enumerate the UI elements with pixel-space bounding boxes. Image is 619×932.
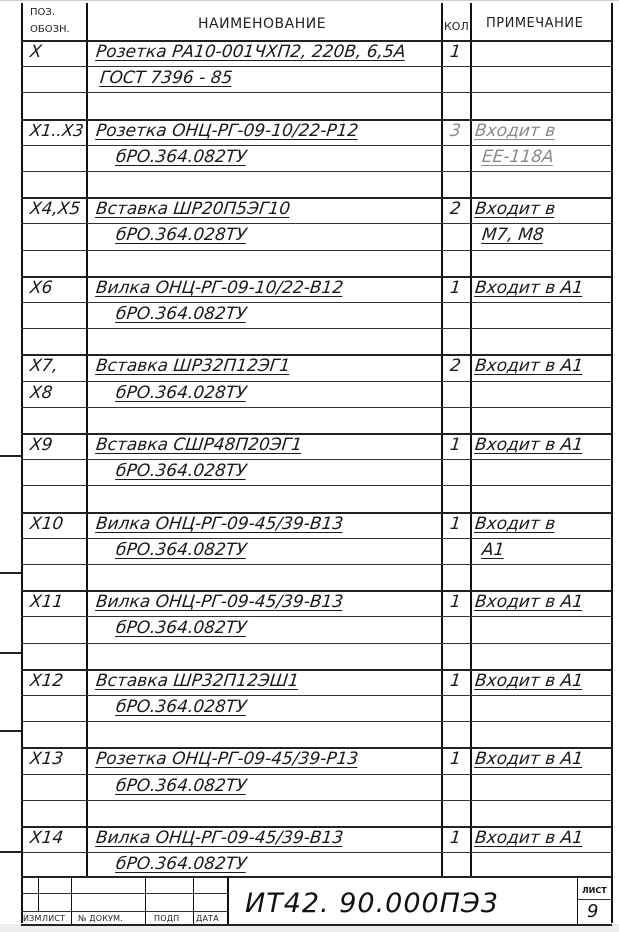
row-rule: [21, 564, 612, 565]
item-spec: ГОСТ 7396 - 85: [99, 68, 233, 88]
position-designator: X6: [29, 278, 54, 298]
title-label-date: ДАТА: [196, 914, 219, 923]
item-spec: бРО.364.028ТУ: [115, 697, 248, 717]
row-rule: [21, 852, 612, 853]
item-name: Вставка ШР32П12ЭШ1: [95, 671, 300, 691]
title-block-divider: [227, 876, 229, 924]
item-spec: бРО.364.028ТУ: [115, 383, 248, 403]
title-block-divider: [145, 876, 146, 924]
column-divider-pos: [86, 3, 88, 877]
margin-mark: [0, 455, 22, 457]
column-divider-name: [441, 3, 443, 877]
item-quantity: 1: [449, 435, 462, 455]
item-quantity: 1: [449, 749, 462, 769]
margin-mark: [0, 851, 22, 853]
item-note-line2: ЕЕ-118А: [481, 147, 555, 167]
row-rule: [21, 800, 612, 801]
item-note: Входит в: [474, 121, 556, 141]
item-note-line2: М7, М8: [481, 225, 545, 245]
title-label-sheet: ЛИСТ: [42, 914, 65, 923]
margin-mark: [0, 652, 22, 654]
item-name: Вилка ОНЦ-РГ-09-10/22-В12: [95, 278, 344, 298]
row-rule: [21, 66, 612, 67]
row-rule: [21, 459, 612, 460]
header-pos-line1: ПОЗ.: [30, 6, 70, 19]
title-label-signature: ПОДП: [154, 914, 179, 923]
row-rule: [21, 250, 612, 251]
item-spec: бРО.364.082ТУ: [115, 776, 248, 796]
item-name: Вилка ОНЦ-РГ-09-45/39-В13: [95, 592, 344, 612]
title-label-change: ИЗМ: [23, 914, 42, 923]
item-note: Входит в А1: [474, 356, 584, 376]
item-note: Входит в: [474, 514, 556, 534]
title-block-divider: [193, 876, 194, 924]
row-rule: [21, 381, 612, 382]
parts-list-sheet: ПОЗ. ОБОЗН. НАИМЕНОВАНИЕ КОЛ ПРИМЕЧАНИЕ …: [0, 0, 619, 932]
item-quantity: 1: [449, 42, 462, 62]
item-note: Входит в А1: [474, 671, 584, 691]
item-spec: бРО.364.028ТУ: [115, 461, 248, 481]
document-code: ИТ42. 90.000ПЭ3: [245, 888, 499, 919]
item-name: Розетка ОНЦ-РГ-09-45/39-Р13: [95, 749, 359, 769]
item-quantity: 1: [449, 671, 462, 691]
header-qty-label: КОЛ: [444, 20, 469, 33]
title-block-rule: [21, 893, 227, 894]
position-designator: X7,: [29, 356, 59, 376]
position-designator: X: [29, 42, 43, 62]
margin-mark: [0, 572, 22, 574]
item-name: Вилка ОНЦ-РГ-09-45/39-В13: [95, 514, 344, 534]
position-designator: X1..X3: [29, 121, 85, 140]
title-block-bottom-rule: [21, 924, 612, 926]
row-rule: [21, 485, 612, 486]
column-divider-qty: [470, 3, 472, 877]
row-rule: [21, 223, 612, 224]
item-quantity: 1: [449, 278, 462, 298]
margin-mark: [0, 730, 22, 732]
row-rule: [21, 407, 612, 408]
column-border-right: [611, 3, 613, 923]
position-designator: X10: [29, 514, 64, 534]
title-label-doc-no: № ДОКУМ.: [78, 914, 123, 923]
row-rule: [21, 171, 612, 172]
item-spec: бРО.364.082ТУ: [115, 854, 248, 874]
row-rule: [21, 721, 612, 722]
column-border-left: [21, 3, 23, 923]
item-spec: бРО.364.028ТУ: [115, 225, 248, 245]
title-block-rule: [577, 899, 612, 900]
item-note: Входит в А1: [474, 749, 584, 769]
scan-top-edge: [0, 0, 619, 1]
item-name: Розетка ОНЦ-РГ-09-10/22-Р12: [95, 121, 359, 141]
item-note: Входит в А1: [474, 828, 584, 848]
row-rule: [21, 695, 612, 696]
title-block-rule: [21, 911, 227, 912]
position-designator: X4,X5: [29, 199, 81, 219]
sheet-label: ЛИСТ: [582, 886, 607, 895]
item-quantity: 3: [449, 121, 462, 141]
title-block-divider: [71, 876, 72, 924]
position-designator: X9: [29, 435, 54, 455]
row-rule: [21, 774, 612, 775]
row-rule: [21, 616, 612, 617]
header-note-label: ПРИМЕЧАНИЕ: [486, 16, 583, 31]
item-spec: бРО.364.082ТУ: [115, 147, 248, 167]
item-note: Входит в А1: [474, 278, 584, 298]
item-quantity: 2: [449, 199, 462, 219]
title-block-divider: [577, 876, 578, 924]
item-name: Вставка ШР32П12ЭГ1: [95, 356, 291, 376]
header-pos-line2: ОБОЗН.: [30, 23, 70, 36]
item-spec: бРО.364.082ТУ: [115, 540, 248, 560]
item-name: Вилка ОНЦ-РГ-09-45/39-В13: [95, 828, 344, 848]
title-block-top-rule: [21, 876, 612, 878]
row-rule: [21, 328, 612, 329]
header-pos-label: ПОЗ. ОБОЗН.: [30, 6, 70, 36]
row-rule: [21, 538, 612, 539]
row-rule: [21, 92, 612, 93]
item-note: Входит в: [474, 199, 556, 219]
item-note-line2: А1: [481, 540, 506, 560]
row-rule: [21, 302, 612, 303]
item-quantity: 1: [449, 828, 462, 848]
item-quantity: 2: [449, 356, 462, 376]
item-quantity: 1: [449, 592, 462, 612]
position-designator-line2: X8: [29, 383, 54, 403]
position-designator: X14: [29, 828, 64, 848]
header-name-label: НАИМЕНОВАНИЕ: [198, 16, 326, 32]
item-name: Розетка РА10-001ЧХП2, 220В, 6,5А: [95, 42, 407, 62]
sheet-number: 9: [587, 901, 598, 922]
item-spec: бРО.364.082ТУ: [115, 618, 248, 638]
item-name: Вставка СШР48П20ЭГ1: [95, 435, 303, 455]
item-note: Входит в А1: [474, 435, 584, 455]
item-quantity: 1: [449, 514, 462, 534]
item-note: Входит в А1: [474, 592, 584, 612]
position-designator: X13: [29, 749, 64, 769]
position-designator: X11: [29, 592, 64, 612]
row-rule: [21, 145, 612, 146]
item-spec: бРО.364.082ТУ: [115, 304, 248, 324]
position-designator: X12: [29, 671, 64, 691]
item-name: Вставка ШР20П5ЭГ10: [95, 199, 291, 219]
title-block-divider: [38, 876, 39, 912]
row-rule: [21, 643, 612, 644]
